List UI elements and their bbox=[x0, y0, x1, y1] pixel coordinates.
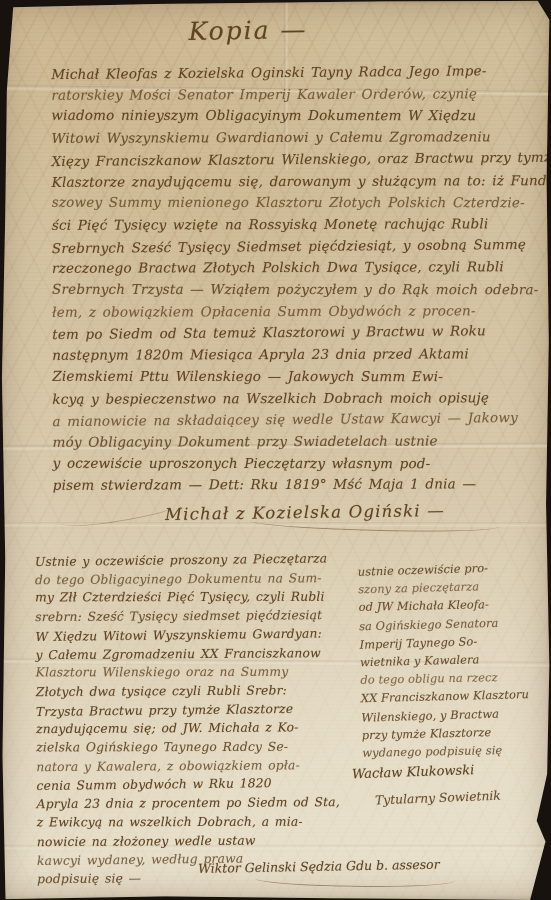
manuscript-line: ratorskiey Mości Senator Imperij Kawaler… bbox=[51, 84, 529, 107]
left-attestation-column: Ustnie y oczewiście proszony za Pieczęta… bbox=[35, 550, 367, 889]
manuscript-line: do tego Obligacyinego Dokumentu na Sum- bbox=[35, 569, 365, 590]
manuscript-line: my Złł Czterdzieści Pięć Tysięcy, czyli … bbox=[35, 588, 365, 608]
manuscript-line: zielska Ogińskiego Taynego Radcy Se- bbox=[36, 738, 366, 758]
manuscript-line: następnym 1820m Miesiąca Apryla 23 dnia … bbox=[52, 344, 530, 367]
photo-background: { "colors": { "ink": "#5f4322", "paper":… bbox=[0, 0, 551, 900]
manuscript-line: ści Pięć Tysięcy wzięte na Rossyiską Mon… bbox=[52, 214, 530, 237]
oginski-signature: Michał z Kozielska Ogiński — bbox=[140, 501, 470, 525]
manuscript-line: W Xiędzu Witowi Wyszynskiemu Gwardyan: bbox=[35, 624, 365, 647]
manuscript-line: tem po Siedm od Sta temuż Klasztorowi y … bbox=[52, 321, 530, 347]
main-paragraph: Michał Kleofas z Kozielska Oginski Tayny… bbox=[51, 62, 531, 498]
manuscript-line: wydanego podpisuię się bbox=[362, 740, 544, 762]
right-attestation-column: ustnie oczewiście pro-szony za pieczętar… bbox=[358, 558, 545, 763]
manuscript-page: Kopia — Michał Kleofas z Kozielska Ogins… bbox=[0, 0, 551, 900]
manuscript-line: Xięzy Franciszkanow Klasztoru Wilenskieg… bbox=[51, 148, 529, 174]
manuscript-line: Witowi Wyszynskiemu Gwardianowi y Całemu… bbox=[51, 127, 529, 150]
klukowski-signature: Wacław Klukowski bbox=[352, 761, 542, 783]
manuscript-line: Srebrnych Sześć Tysięcy Siedmset pięćdzi… bbox=[52, 235, 530, 261]
manuscript-line: y oczewiście uproszonych Pieczętarzy wła… bbox=[53, 453, 531, 475]
manuscript-line: wiadomo ninieyszym Obligacyinym Dokument… bbox=[51, 106, 529, 128]
document-title: Kopia — bbox=[118, 14, 378, 48]
manuscript-line: móy Obligacyiny Dokument przy Swiadetela… bbox=[53, 431, 531, 454]
manuscript-line: z Ewikcyą na wszelkich Dobrach, a mia- bbox=[37, 812, 367, 832]
manuscript-line: Srebrnych Trzysta — Wziąłem pożyczyłem y… bbox=[52, 280, 530, 302]
manuscript-line: pisem stwierdzam — Dett: Rku 1819° Mść M… bbox=[53, 475, 531, 498]
manuscript-line: Klasztorze znaydującemu się, darowanym y… bbox=[52, 171, 530, 194]
manuscript-line: Ziemskiemi Pttu Wilenskiego — Jakowych S… bbox=[52, 367, 530, 389]
manuscript-line: rzeczonego Bractwa Złotych Polskich Dwa … bbox=[52, 257, 530, 280]
manuscript-line: Klasztoru Wilenskiego oraz na Summy bbox=[36, 663, 366, 683]
klukowski-signature-title: Tytularny Sowietnik bbox=[375, 787, 551, 808]
manuscript-line: Apryla 23 dnia z procentem po Siedm od S… bbox=[37, 793, 367, 814]
fold-crease bbox=[0, 522, 551, 528]
manuscript-line: y Całemu Zgromadzeniu XX Franciszkanow bbox=[35, 643, 365, 664]
manuscript-line: znaydującemu się; od JW. Michała z Ko- bbox=[36, 718, 366, 739]
manuscript-line: Trzysta Bractwu przy tymże Klasztorze bbox=[36, 699, 366, 722]
manuscript-line: Michał Kleofas z Kozielska Oginski Tayny… bbox=[51, 61, 529, 87]
manuscript-line: a mianowicie na składaiącey się wedle Us… bbox=[52, 408, 530, 434]
manuscript-line: szowey Summy mienionego Klasztoru Złotyc… bbox=[52, 193, 530, 215]
